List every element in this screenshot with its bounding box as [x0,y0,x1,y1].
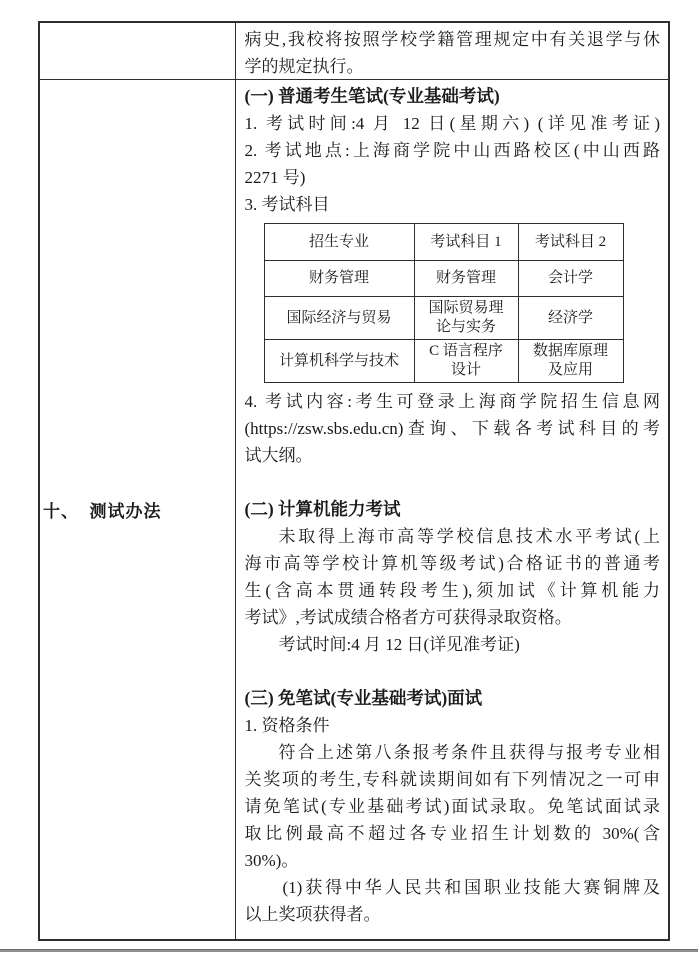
subjects-header-cell: 招生专业 [264,224,414,261]
section-label-cell: 十、 测试办法 [40,80,236,939]
subjects-cell: 会计学 [518,261,623,297]
subjects-header-cell: 考试科目 1 [414,224,518,261]
subjects-header-cell: 考试科目 2 [518,224,623,261]
blank-line [245,469,661,496]
section-heading: (三) 免笔试(专业基础考试)面试 [245,685,661,712]
section-heading: (二) 计算机能力考试 [245,496,661,523]
subjects-row: 国际经济与贸易国际贸易理 论与实务经济学 [264,297,623,340]
text-line: 4. 考试内容:考生可登录上海商学院招生信息网 [245,388,661,415]
text-line: 试大纲。 [245,442,661,469]
subjects-cell: 计算机科学与技术 [264,340,414,383]
text-line: 1. 资格条件 [245,712,661,739]
text-line: 请免笔试(专业基础考试)面试录取。免笔试面试录 [245,793,661,820]
subjects-cell: 经济学 [518,297,623,340]
subjects-table: 招生专业考试科目 1考试科目 2财务管理财务管理会计学国际经济与贸易国际贸易理 … [264,223,624,383]
text-line: 考试时间:4 月 12 日(详见准考证) [245,631,661,658]
blank-line [245,658,661,685]
text-line: 生(含高本贯通转段考生),须加试《计算机能力 [245,577,661,604]
section-label: 十、 测试办法 [43,497,162,522]
section-content-cell: (一) 普通考生笔试(专业基础考试)1. 考试时间:4 月 12 日(星期六) … [236,80,669,939]
row1-left-cell [40,23,236,79]
text-line: 2271 号) [245,164,661,191]
page-bottom-divider [0,949,698,952]
table-row: 病史,我校将按照学校学籍管理规定中有关退学与休学的规定执行。 [40,23,668,80]
text-line: 学的规定执行。 [245,53,661,79]
text-line: 取比例最高不超过各专业招生计划数的 30%(含 [245,820,661,847]
subjects-cell: 财务管理 [264,261,414,297]
subjects-cell: 财务管理 [414,261,518,297]
outer-table: 病史,我校将按照学校学籍管理规定中有关退学与休学的规定执行。 十、 测试办法 (… [38,21,670,941]
text-line: 3. 考试科目 [245,191,661,218]
text-line: 未取得上海市高等学校信息技术水平考试(上 [245,523,661,550]
table-row: 十、 测试办法 (一) 普通考生笔试(专业基础考试)1. 考试时间:4 月 12… [40,80,668,939]
subjects-cell: 国际贸易理 论与实务 [414,297,518,340]
text-line: 考试》,考试成绩合格者方可获得录取资格。 [245,604,661,631]
text-line: (1)获得中华人民共和国职业技能大赛铜牌及 [245,874,661,901]
section-heading: (一) 普通考生笔试(专业基础考试) [245,83,661,110]
subjects-row: 财务管理财务管理会计学 [264,261,623,297]
text-line: 2. 考试地点:上海商学院中山西路校区(中山西路 [245,137,661,164]
document-page: 病史,我校将按照学校学籍管理规定中有关退学与休学的规定执行。 十、 测试办法 (… [0,0,698,957]
subjects-cell: 数据库原理 及应用 [518,340,623,383]
text-line: 病史,我校将按照学校学籍管理规定中有关退学与休 [245,26,661,53]
text-line: 30%)。 [245,847,661,874]
text-line: 1. 考试时间:4 月 12 日(星期六) (详见准考证) [245,110,661,137]
subjects-cell: C 语言程序 设计 [414,340,518,383]
subjects-header-row: 招生专业考试科目 1考试科目 2 [264,224,623,261]
text-line: (https://zsw.sbs.edu.cn)查询、下载各考试科目的考 [245,415,661,442]
text-line: 关奖项的考生,专科就读期间如有下列情况之一可申 [245,766,661,793]
row1-right-cell: 病史,我校将按照学校学籍管理规定中有关退学与休学的规定执行。 [236,23,669,79]
subjects-cell: 国际经济与贸易 [264,297,414,340]
text-line: 符合上述第八条报考条件且获得与报考专业相 [245,739,661,766]
text-line: 海市高等学校计算机等级考试)合格证书的普通考 [245,550,661,577]
text-line: 以上奖项获得者。 [245,901,661,928]
subjects-row: 计算机科学与技术C 语言程序 设计数据库原理 及应用 [264,340,623,383]
